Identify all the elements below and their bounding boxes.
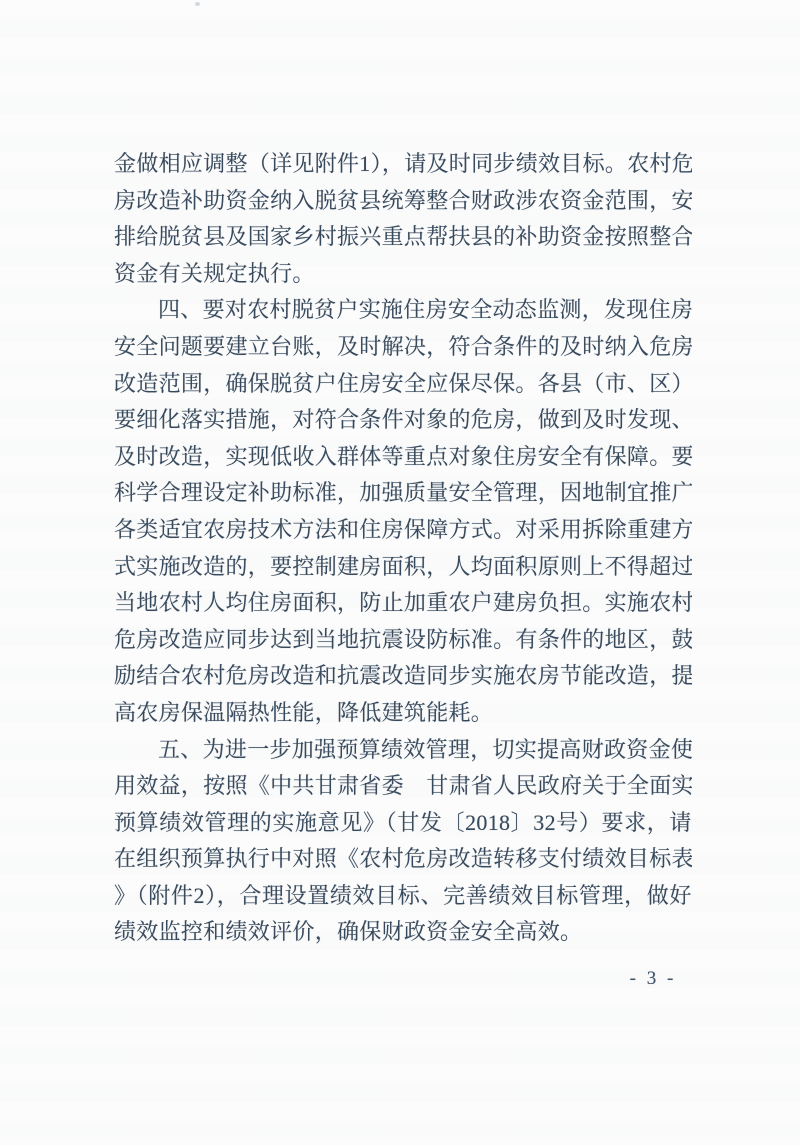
text-line: 危房改造应同步达到当地抗震设防标准。有条件的地区，鼓 — [114, 622, 692, 659]
text-line: 四、要对农村脱贫户实施住房安全动态监测，发现住房 — [114, 292, 692, 329]
text-line: 资金有关规定执行。 — [114, 256, 692, 293]
text-line: 高农房保温隔热性能，降低建筑能耗。 — [114, 695, 692, 732]
text-line: 式实施改造的，要控制建房面积，人均面积原则上不得超过 — [114, 549, 692, 586]
scan-artifact — [195, 2, 200, 6]
text-line: 金做相应调整（详见附件1），请及时同步绩效目标。农村危 — [114, 146, 692, 183]
text-line: 及时改造，实现低收入群体等重点对象住房安全有保障。要 — [114, 439, 692, 476]
text-line: 用效益，按照《中共甘肃省委 甘肃省人民政府关于全面实施 — [114, 768, 692, 805]
text-line: 五、为进一步加强预算绩效管理，切实提高财政资金使 — [114, 732, 692, 769]
scanned-document-page: { "colors": { "ink": "#37495c", "paper":… — [0, 0, 800, 1145]
text-line: 在组织预算执行中对照《农村危房改造转移支付绩效目标表 — [114, 841, 692, 878]
text-line: 排给脱贫县及国家乡村振兴重点帮扶县的补助资金按照整合 — [114, 219, 692, 256]
document-body-text: 金做相应调整（详见附件1），请及时同步绩效目标。农村危 房改造补助资金纳入脱贫县… — [114, 146, 692, 951]
text-line: 》（附件2），合理设置绩效目标、完善绩效目标管理，做好 — [114, 878, 692, 915]
text-line: 预算绩效管理的实施意见》（甘发〔2018〕32号）要求，请 — [114, 805, 692, 842]
text-line: 改造范围，确保脱贫户住房安全应保尽保。各县（市、区） — [114, 366, 692, 403]
text-line: 绩效监控和绩效评价，确保财政资金安全高效。 — [114, 914, 692, 951]
text-line: 科学合理设定补助标准，加强质量安全管理，因地制宜推广 — [114, 475, 692, 512]
text-line: 当地农村人均住房面积，防止加重农户建房负担。实施农村 — [114, 585, 692, 622]
page-number: - 3 - — [608, 966, 698, 992]
text-line: 房改造补助资金纳入脱贫县统筹整合财政涉农资金范围，安 — [114, 183, 692, 220]
text-line: 励结合农村危房改造和抗震改造同步实施农房节能改造，提 — [114, 658, 692, 695]
text-line: 安全问题要建立台账，及时解决，符合条件的及时纳入危房 — [114, 329, 692, 366]
text-line: 要细化落实措施，对符合条件对象的危房，做到及时发现、 — [114, 402, 692, 439]
text-line: 各类适宜农房技术方法和住房保障方式。对采用拆除重建方 — [114, 512, 692, 549]
